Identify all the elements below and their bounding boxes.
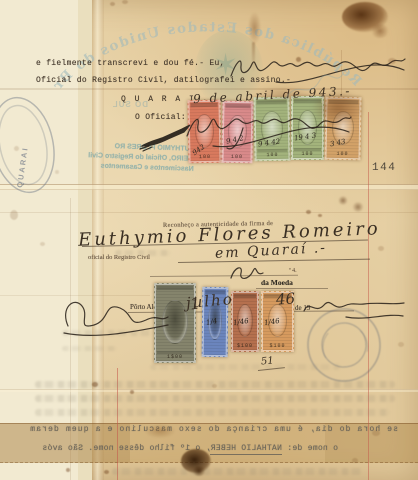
handwritten-year: 46: [275, 289, 295, 308]
ink-rubric-signature: [58, 292, 170, 338]
stamped-fragment: ª 4.: [289, 268, 297, 274]
speck: [318, 214, 322, 217]
ink-stain-drip: [252, 42, 255, 72]
form-rule: [150, 275, 298, 277]
bleed-line-prefix: o nome de:: [282, 444, 338, 453]
speck: [372, 430, 380, 436]
form-rule: [178, 259, 370, 263]
ink-stain: [248, 12, 261, 44]
horizontal-crease: [0, 389, 418, 392]
bleed-text-stripe: [62, 346, 117, 351]
stain: [352, 202, 364, 212]
speck: [352, 458, 358, 463]
speck: [55, 170, 59, 174]
ink-rubric-small: [226, 261, 268, 285]
speck: [398, 342, 404, 347]
bleed-text-stripe: [112, 468, 362, 475]
speck: [130, 390, 134, 394]
speck: [66, 468, 70, 472]
ink-stain: [370, 24, 390, 38]
speck: [14, 146, 19, 151]
speck: [122, 0, 128, 4]
bleed-child-name: NATHALIO HEBER: [210, 444, 281, 455]
ink-arrow-icon: [138, 120, 194, 152]
speck: [92, 382, 98, 387]
speck: [378, 246, 384, 251]
speck: [40, 242, 45, 246]
bleed-text-stripe: [35, 395, 395, 402]
speck: [10, 210, 18, 220]
stain-over-stamp: [312, 90, 364, 126]
speck: [212, 384, 217, 388]
bleed-text-stripe: [35, 409, 390, 416]
handwritten-receipt-number: 51: [261, 355, 275, 367]
speck: [296, 57, 301, 62]
dark-stain: [192, 466, 206, 476]
stain: [338, 196, 348, 205]
speck: [388, 58, 396, 64]
bleed-line-child-name: o nome de: NATHALIO HEBER, o 1º filho dê…: [0, 444, 418, 453]
speck: [104, 470, 109, 474]
stain: [145, 424, 175, 438]
page-number: 144: [372, 162, 396, 174]
bleed-text-stripe: [115, 250, 171, 256]
speck: [110, 2, 115, 6]
bleed-line-birth-record: se hora do dia, é uma criança do sexo ma…: [0, 425, 418, 434]
svg-text:QUARAI: QUARAI: [15, 146, 30, 188]
horizontal-crease: [0, 212, 418, 213]
typed-line-transcription: e fielmente transcrevi e dou fé.- Eu,: [36, 59, 225, 68]
oval-notary-stamp: QUARAI: [0, 90, 68, 200]
speck: [306, 210, 311, 214]
ink-flourish: [300, 293, 408, 325]
stain-over-stamp: [255, 86, 311, 102]
scanned-civil-registry-document: República dos Estados Unidos do Brasil ✶…: [0, 0, 418, 480]
